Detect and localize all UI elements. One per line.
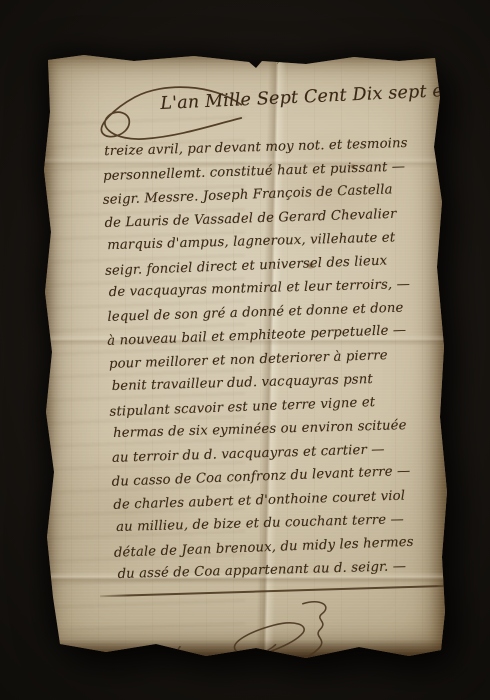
manuscript-paper: 7 L'an Mille Sept Cent Dix sept et le tr…	[44, 52, 448, 664]
notary-paraph-flourish-icon	[162, 596, 352, 674]
top-edge-pen-mark: 7	[275, 55, 284, 67]
manuscript-text-block: treize avril, par devant moy not. et tes…	[102, 130, 462, 587]
paper-shadow-wrapper: 7 L'an Mille Sept Cent Dix sept et le tr…	[0, 0, 490, 700]
photograph-background: 7 L'an Mille Sept Cent Dix sept et le tr…	[0, 0, 490, 700]
